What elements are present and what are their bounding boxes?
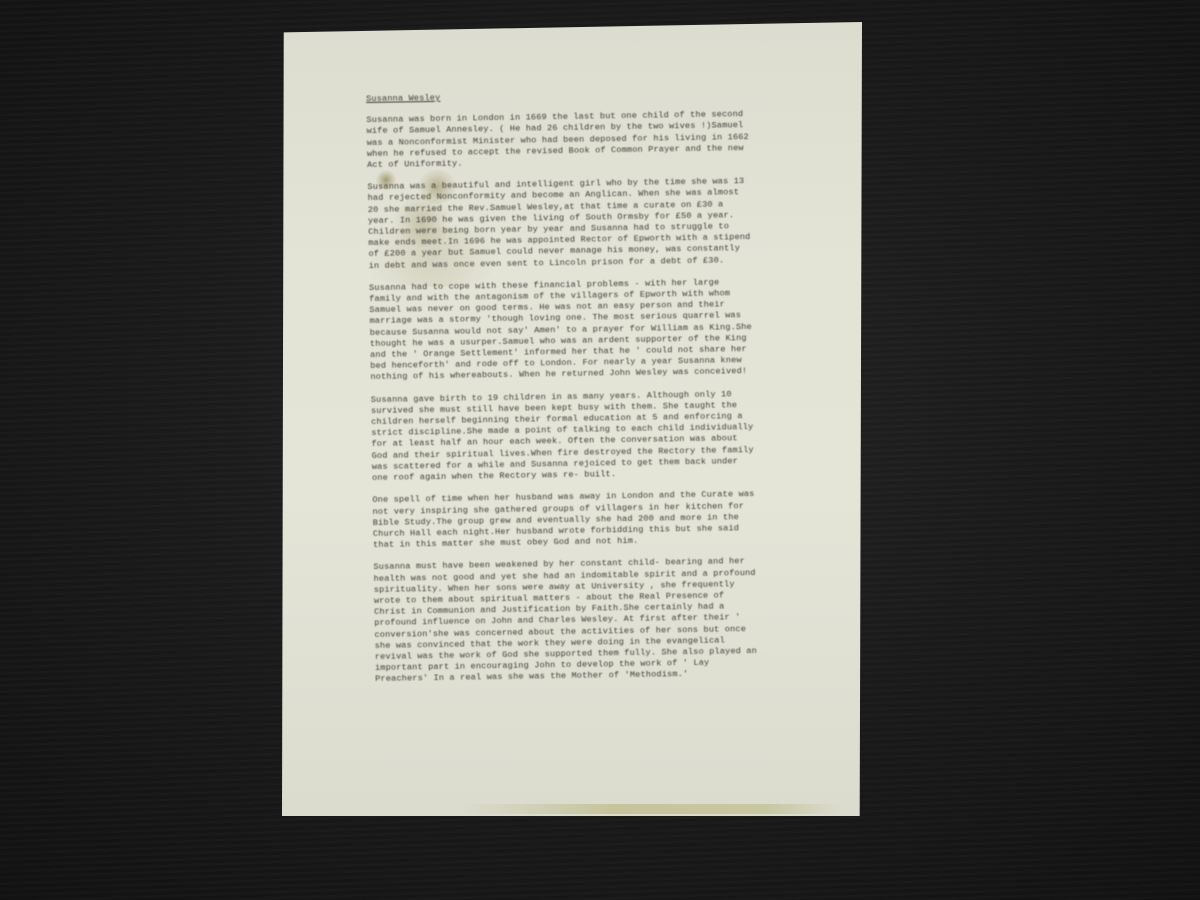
paragraph-marriage: Susanna was a beautiful and intelligent …: [367, 176, 788, 272]
paper-sheet: Susanna Wesley Susanna was born in Londo…: [282, 22, 862, 816]
paragraph-influence: Susanna must have been weakened by her c…: [373, 556, 795, 686]
paragraph-children: Susanna gave birth to 19 children in as …: [371, 388, 792, 484]
paragraph-financial-problems: Susanna had to cope with these financial…: [369, 276, 791, 383]
paragraph-bible-study: One spell of time when her husband was a…: [372, 489, 793, 552]
paragraph-birth: Susanna was born in London in 1669 the l…: [366, 109, 787, 172]
edge-discoloration: [462, 804, 842, 814]
document-title: Susanna Wesley: [366, 87, 786, 105]
typed-text: Susanna Wesley Susanna was born in Londo…: [366, 87, 795, 696]
